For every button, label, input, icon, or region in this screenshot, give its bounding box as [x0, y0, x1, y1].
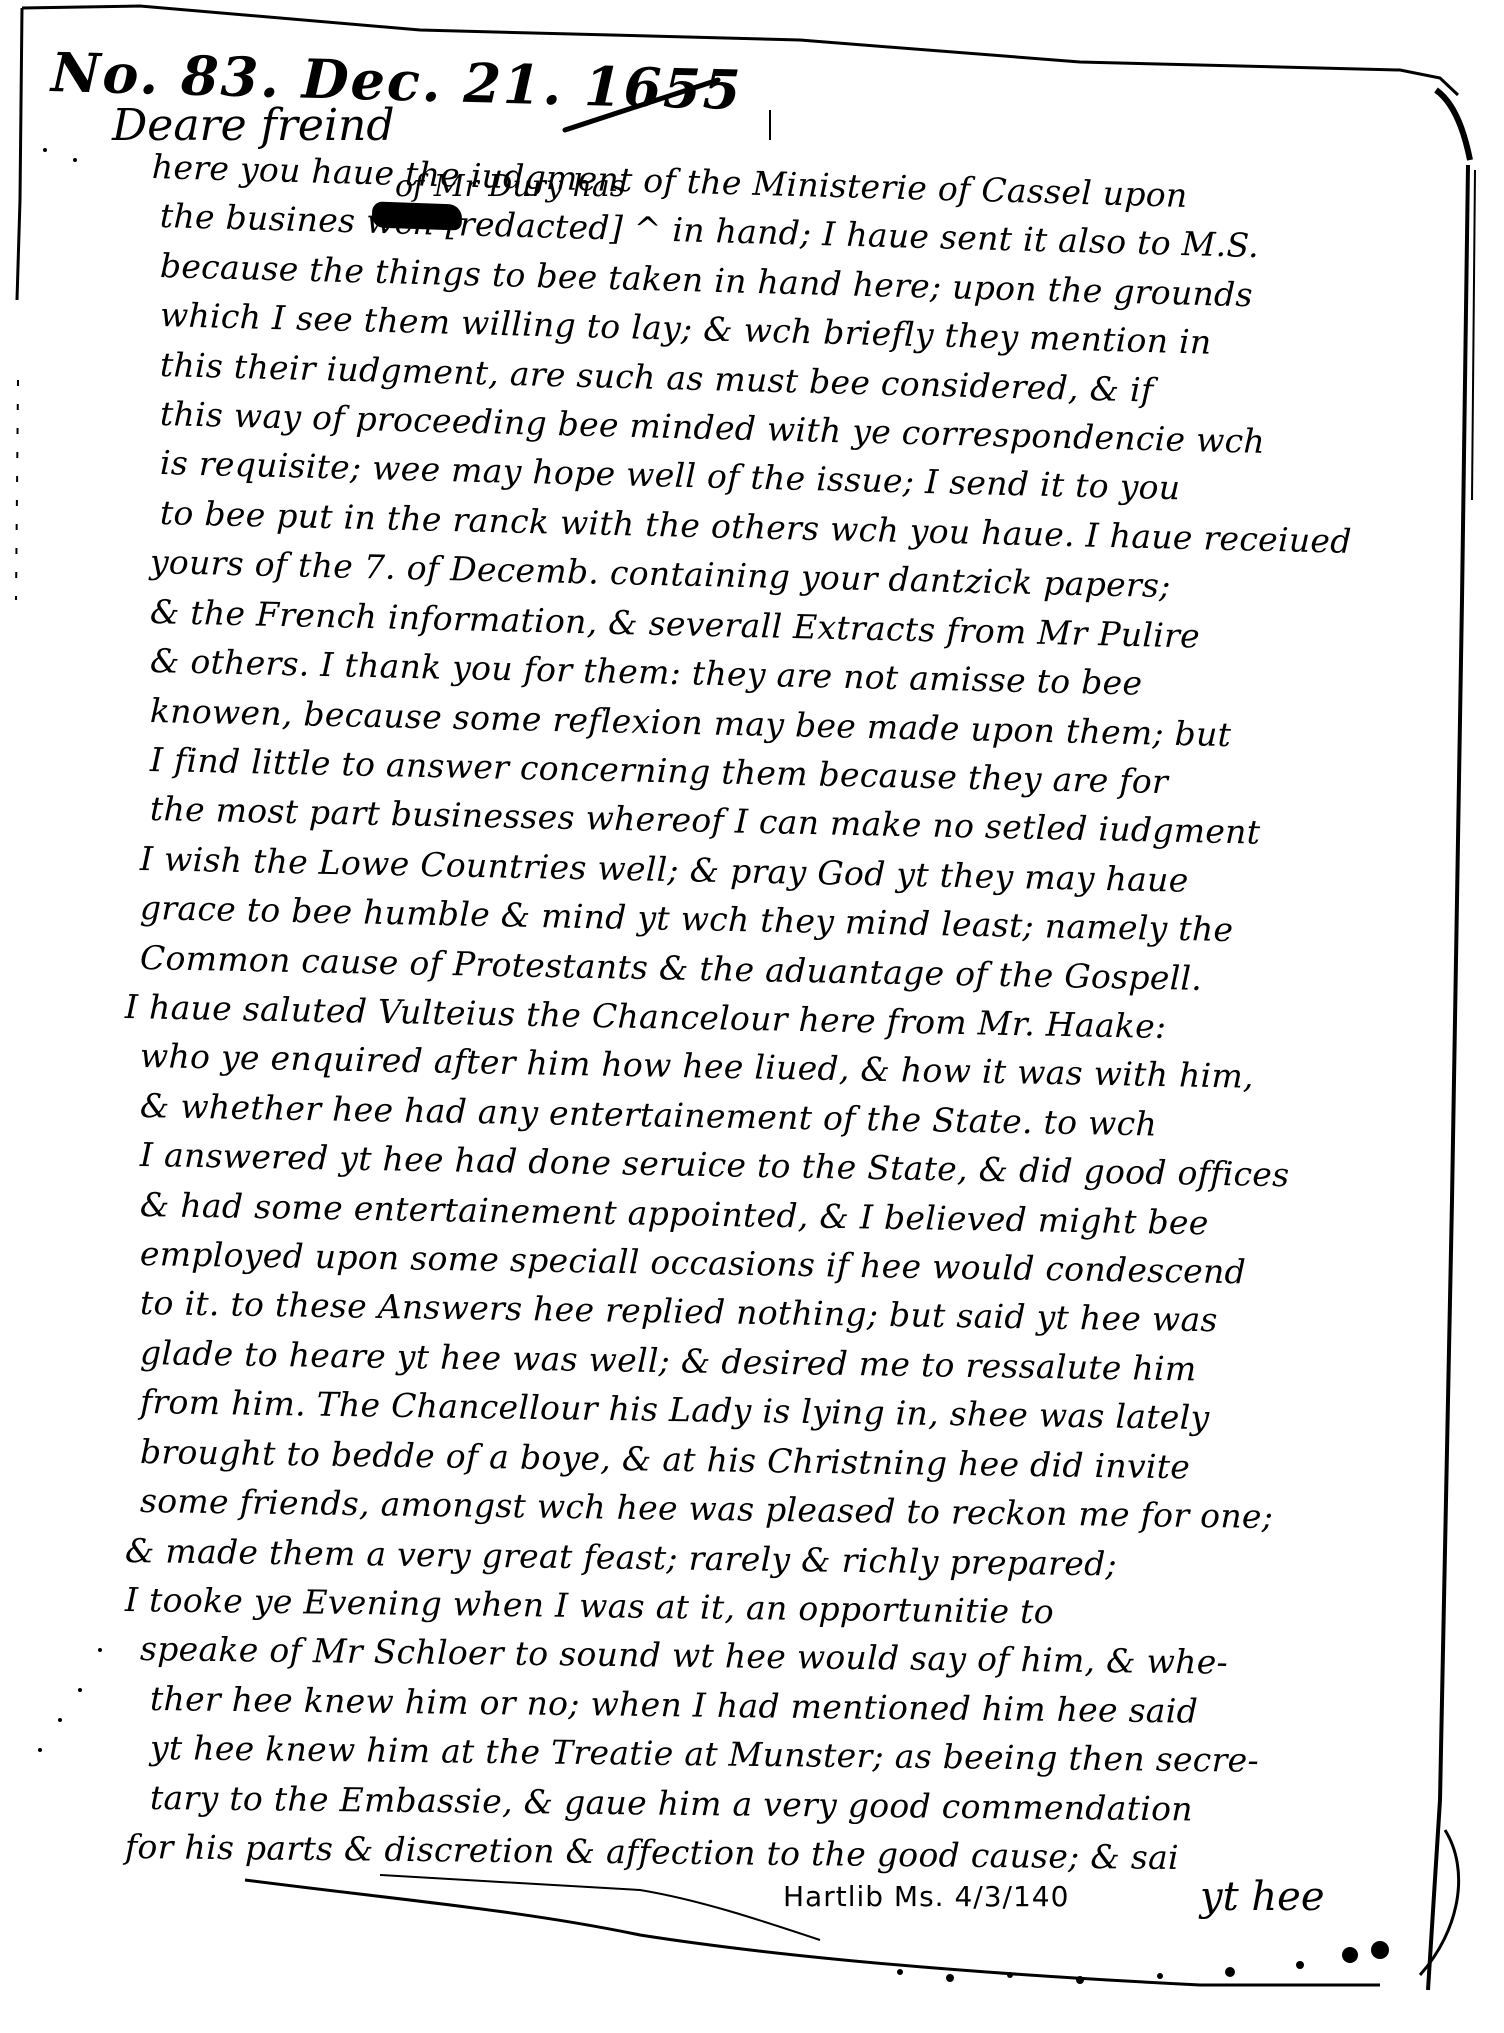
body-line: I find little to answer concerning them … [150, 743, 1169, 798]
body-line: grace to bee humble & mind yt wch they m… [140, 891, 1234, 946]
body-line: who ye enquired after him how hee liued,… [140, 1039, 1254, 1093]
body-line: I haue saluted Vulteius the Chancelour h… [125, 990, 1167, 1043]
body-line: & others. I thank you for them: they are… [150, 644, 1143, 700]
body-line: some friends, amongst wch hee was please… [140, 1484, 1274, 1533]
body-line: & whether hee had any entertainement of … [140, 1089, 1158, 1140]
body-line: yours of the 7. of Decemb. containing yo… [150, 545, 1172, 602]
body-line: I answered yt hee had done seruice to th… [140, 1138, 1290, 1191]
archive-reference: Hartlib Ms. 4/3/140 [783, 1880, 1069, 1913]
body-line: ther hee knew him or no; when I had ment… [150, 1682, 1198, 1728]
body-line: Common cause of Protestants & the aduant… [140, 941, 1203, 995]
body-line: speake of Mr Schloer to sound wt hee wou… [140, 1632, 1228, 1679]
body-line: yt hee knew him at the Treatie at Munste… [150, 1731, 1259, 1777]
letter-body: here you haue the iudgment of the Minist… [0, 0, 1504, 2033]
body-line: & had some entertainement appointed, & I… [140, 1188, 1209, 1239]
body-line: I wish the Lowe Countries well; & pray G… [140, 842, 1189, 897]
manuscript-page: No. 83. Dec. 21. 1655 Deare freind of Mr… [0, 0, 1504, 2033]
body-line: for his parts & discretion & affection t… [125, 1830, 1179, 1874]
body-line: the most part businesses whereof I can m… [150, 792, 1261, 849]
body-line: & made them a very great feast; rarely &… [125, 1534, 1117, 1581]
body-line: brought to bedde of a boye, & at his Chr… [140, 1435, 1191, 1483]
catchword: yt hee [1200, 1874, 1325, 1920]
body-line: tary to the Embassie, & gaue him a very … [150, 1781, 1193, 1825]
body-line: to it. to these Answers hee replied noth… [140, 1286, 1218, 1336]
body-line: I tooke ye Evening when I was at it, an … [125, 1583, 1054, 1628]
body-line: employed upon some speciall occasions if… [140, 1237, 1247, 1288]
body-line: from him. The Chancellour his Lady is ly… [140, 1385, 1210, 1434]
body-line: glade to heare yt hee was well; & desire… [140, 1336, 1197, 1385]
